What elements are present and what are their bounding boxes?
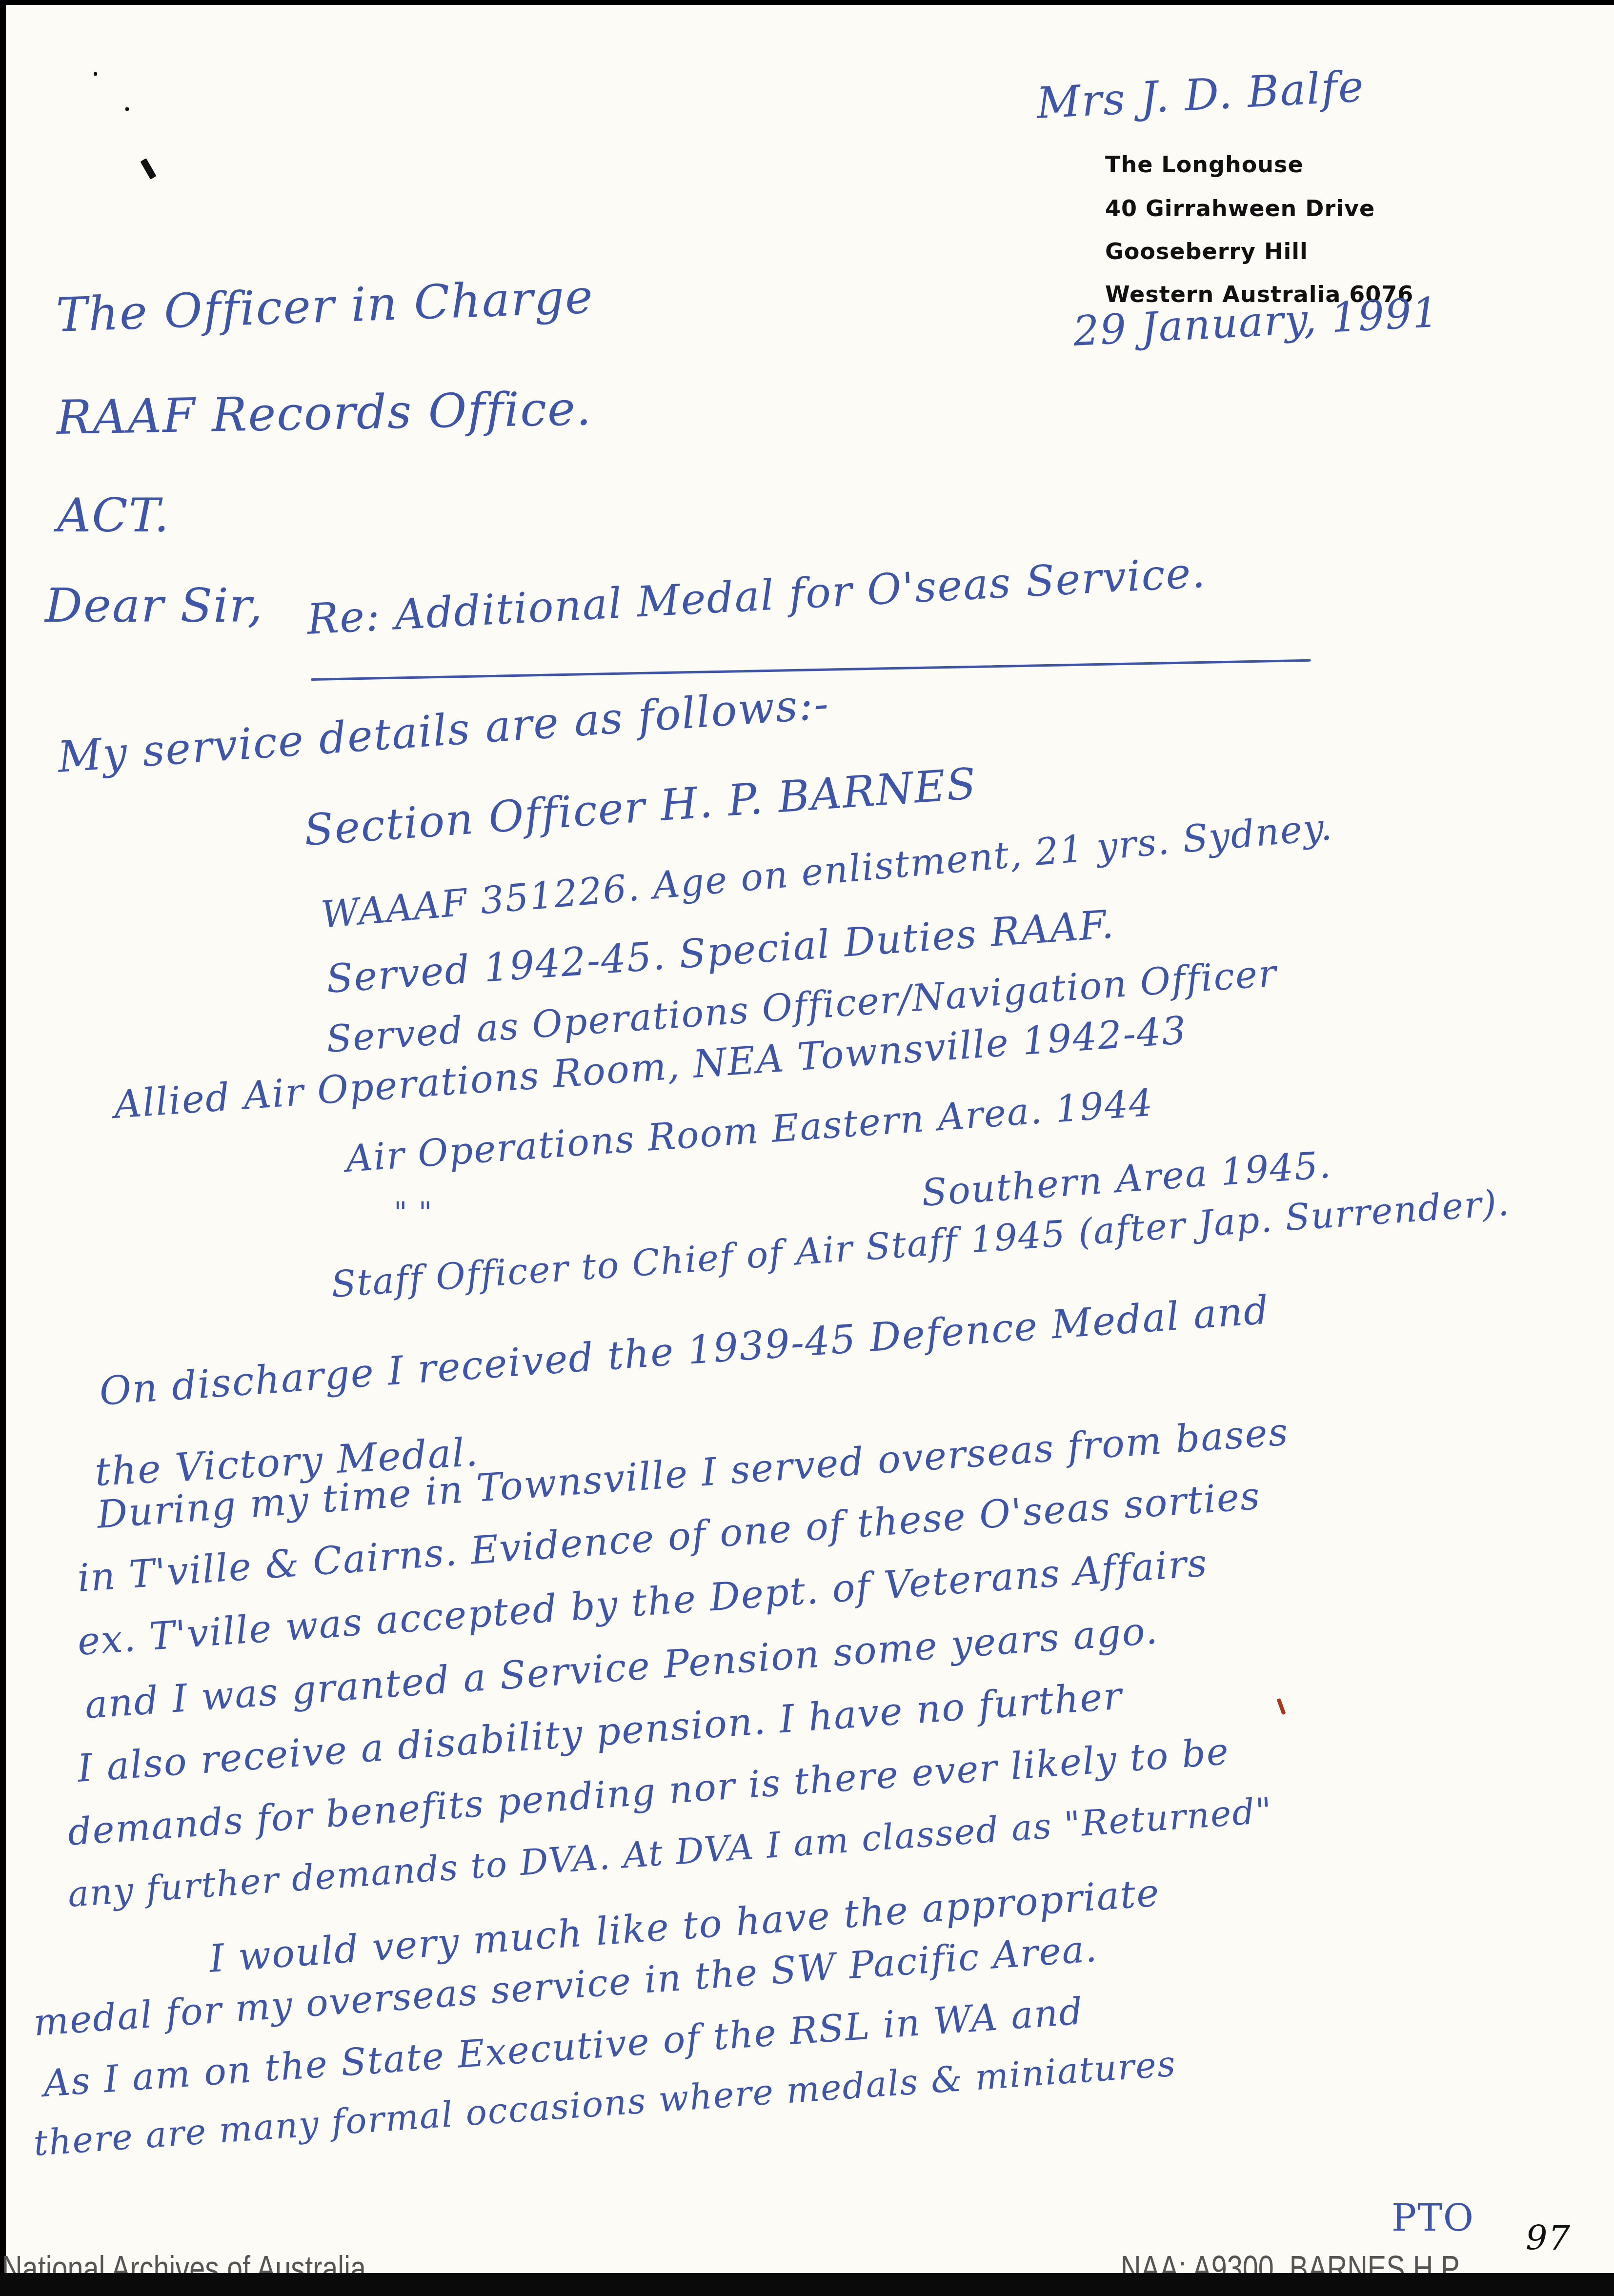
address-line-1: The Longhouse — [1105, 151, 1304, 178]
subject-underline — [311, 659, 1311, 681]
red-ink-mark — [1276, 1698, 1286, 1715]
letter-page: Mrs J. D. Balfe The Longhouse 40 Girrahw… — [6, 5, 1614, 2273]
body-line-1: On discharge I received the 1939-45 Defe… — [98, 1287, 1271, 1414]
recipient-line-2: RAAF Records Office. — [56, 381, 592, 445]
ditto-marks: " " — [394, 1196, 433, 1230]
sender-signature: Mrs J. D. Balfe — [1035, 61, 1366, 128]
salutation: Dear Sir, — [45, 578, 263, 633]
intro-line: My service details are as follows:- — [56, 678, 831, 782]
ink-blot-mark — [140, 158, 156, 179]
ink-dot-mark — [94, 72, 97, 76]
service-rank-name: Section Officer H. P. BARNES — [303, 758, 978, 855]
scan-border — [0, 2273, 1614, 2296]
recipient-line-1: The Officer in Charge — [55, 269, 595, 343]
service-posting-4: Staff Officer to Chief of Air Staff 1945… — [330, 1181, 1511, 1306]
please-turn-over: PTO — [1392, 2196, 1474, 2239]
address-line-3: Gooseberry Hill — [1105, 238, 1308, 264]
folio-number: 97 — [1526, 2218, 1571, 2258]
recipient-line-3: ACT. — [57, 488, 170, 543]
subject-line: Re: Additional Medal for O'seas Service. — [306, 549, 1207, 644]
ink-dot-mark — [125, 107, 129, 111]
address-line-2: 40 Girrahween Drive — [1105, 195, 1375, 222]
